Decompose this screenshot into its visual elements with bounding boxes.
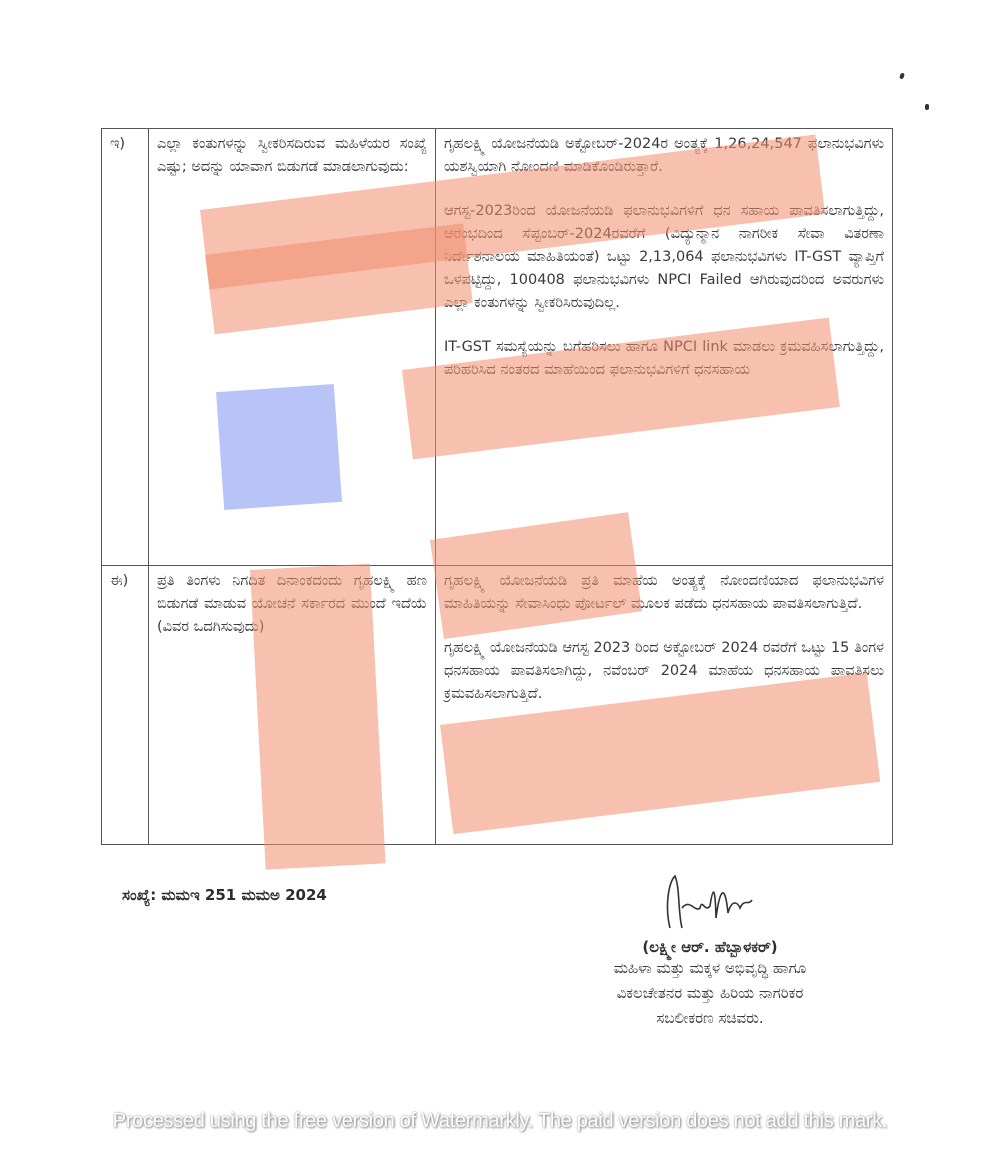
table-row: ಈ) ಪ್ರತಿ ತಿಂಗಳು ನಿಗದಿತ ದಿನಾಂಕದಂದು ಗೃಹಲಕ್… [102,566,893,845]
question-answer-table: ಇ) ಎಲ್ಲಾ ಕಂತುಗಳನ್ನು ಸ್ವೀಕರಿಸದಿರುವ ಮಹಿಳೆಯ… [101,128,893,845]
scan-mark [899,72,905,79]
answer-paragraph: ಗೃಹಲಕ್ಷ್ಮಿ ಯೋಜನೆಯಡಿ ಆಗಸ್ಟ 2023 ರಿಂದ ಅಕ್ಟ… [444,637,884,706]
answer-cell: ಗೃಹಲಕ್ಷ್ಮಿ ಯೋಜನೆಯಡಿ ಅಕ್ಟೋಬರ್-2024ರ ಅಂತ್ಯ… [436,129,893,566]
answer-paragraph: ಆಗಸ್ಟ-2023ರಿಂದ ಯೋಜನೆಯಡಿ ಫಲಾನುಭವಿಗಳಿಗೆ ಧನ… [444,200,884,315]
designation-line: ಸಬಲೀಕರಣ ಸಚಿವರು. [520,1006,900,1031]
reference-number: ಸಂಖ್ಯೆ: ಮಮಇ 251 ಮಮಅ 2024 [122,886,327,904]
designation-line: ವಿಕಲಚೇತನರ ಮತ್ತು ಹಿರಿಯ ನಾಗರಿಕರ [520,981,900,1006]
answer-paragraph: ಗೃಹಲಕ್ಷ್ಮಿ ಯೋಜನೆಯಡಿ ಅಕ್ಟೋಬರ್-2024ರ ಅಂತ್ಯ… [444,133,884,179]
designation-line: ಮಹಿಳಾ ಮತ್ತು ಮಕ್ಕಳ ಅಭಿವೃದ್ಧಿ ಹಾಗೂ [520,956,900,981]
scan-mark [925,104,929,110]
answer-cell: ಗೃಹಲಕ್ಷ್ಮಿ ಯೋಜನೆಯಡಿ ಪ್ರತಿ ಮಾಹೆಯ ಅಂತ್ಯಕ್ಕ… [436,566,893,845]
watermark-text: Processed using the free version of Wate… [0,1110,1000,1133]
signatory-name: (ಲಕ್ಷ್ಮೀ ಆರ್. ಹೆಬ್ಬಾಳಕರ್) [520,938,900,956]
table-row: ಇ) ಎಲ್ಲಾ ಕಂತುಗಳನ್ನು ಸ್ವೀಕರಿಸದಿರುವ ಮಹಿಳೆಯ… [102,129,893,566]
signature-icon [640,868,780,938]
signature-block: (ಲಕ್ಷ್ಮೀ ಆರ್. ಹೆಬ್ಬಾಳಕರ್) ಮಹಿಳಾ ಮತ್ತು ಮಕ… [520,868,900,1031]
question-cell: ಪ್ರತಿ ತಿಂಗಳು ನಿಗದಿತ ದಿನಾಂಕದಂದು ಗೃಹಲಕ್ಷ್ಮ… [149,566,436,845]
row-number: ಇ) [102,129,149,566]
answer-paragraph: IT-GST ಸಮಸ್ಯೆಯನ್ನು ಬಗೆಹರಿಸಲು ಹಾಗೂ NPCI l… [444,336,884,382]
question-cell: ಎಲ್ಲಾ ಕಂತುಗಳನ್ನು ಸ್ವೀಕರಿಸದಿರುವ ಮಹಿಳೆಯರ ಸ… [149,129,436,566]
row-number: ಈ) [102,566,149,845]
answer-paragraph: ಗೃಹಲಕ್ಷ್ಮಿ ಯೋಜನೆಯಡಿ ಪ್ರತಿ ಮಾಹೆಯ ಅಂತ್ಯಕ್ಕ… [444,570,884,616]
